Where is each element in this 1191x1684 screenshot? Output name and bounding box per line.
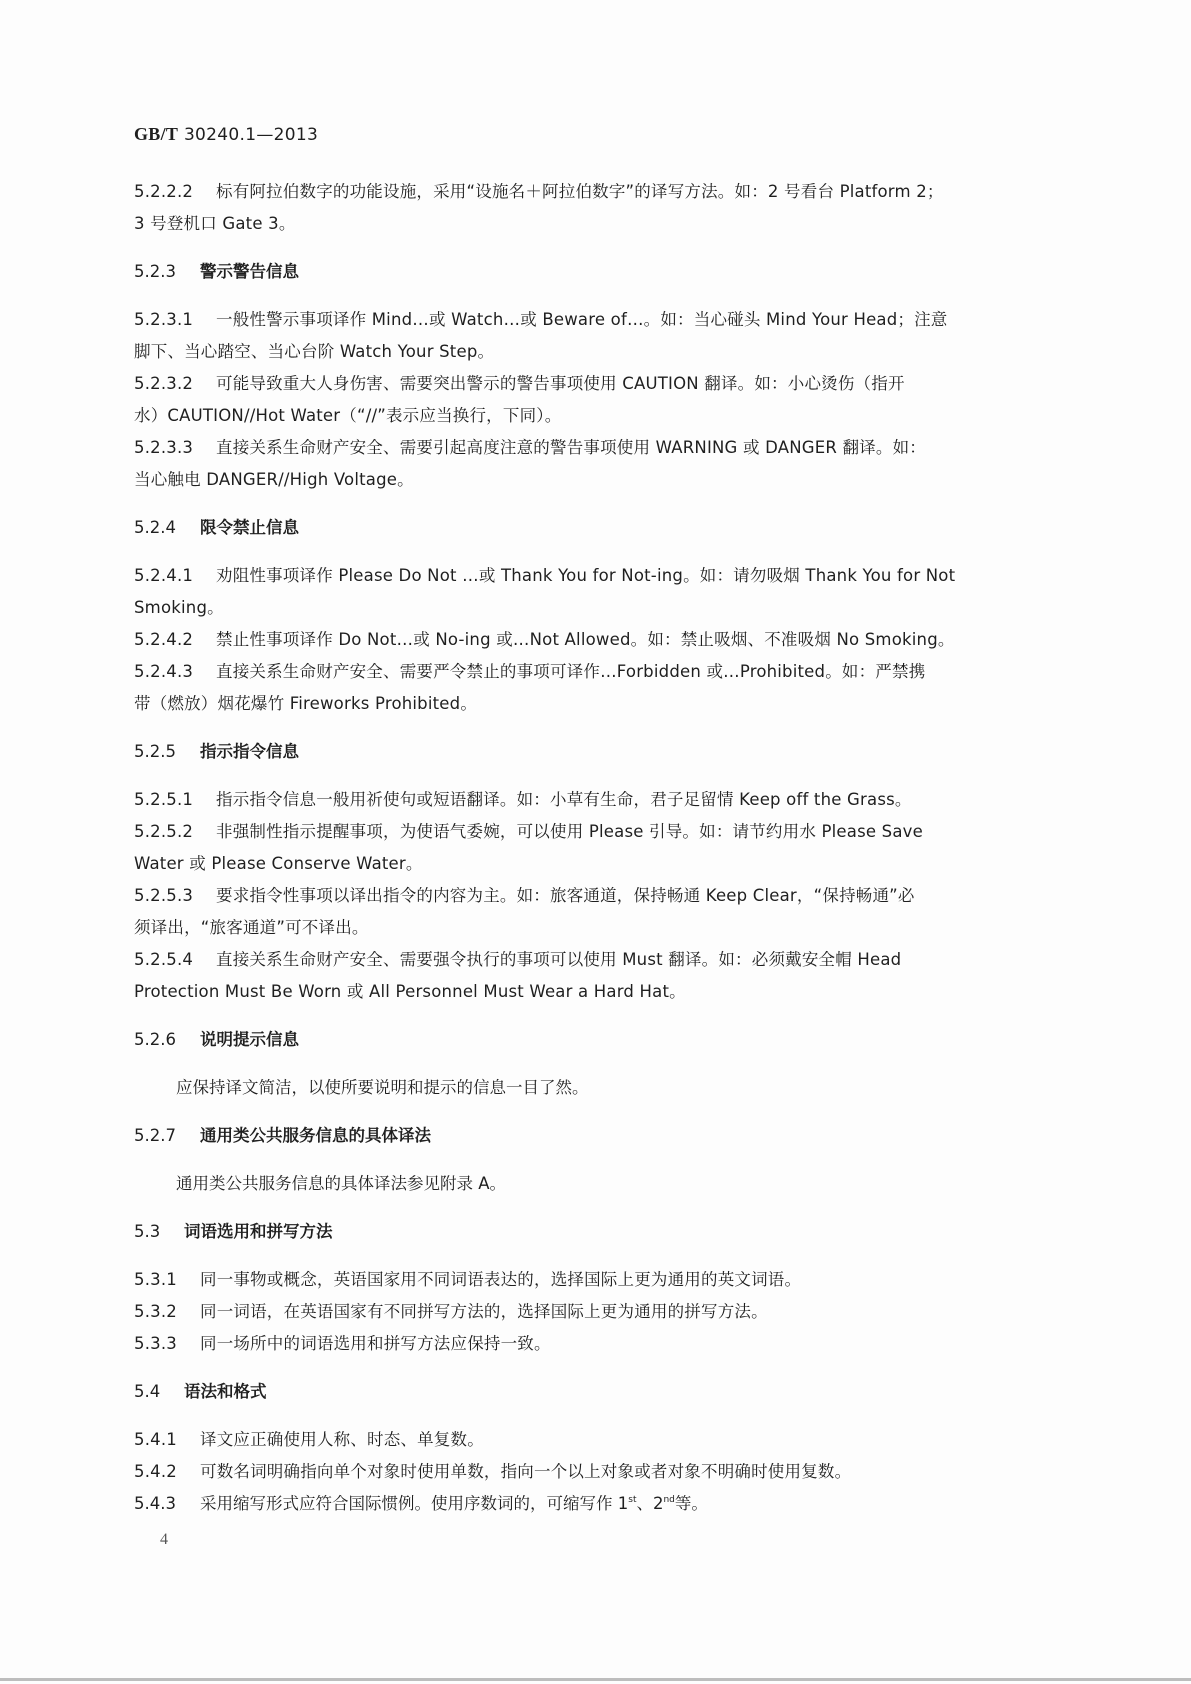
clause-text: 采用缩写形式应符合国际惯例。使用序数词的，可缩写作 1: [200, 1494, 628, 1513]
clause-text: 指示指令信息一般用祈使句或短语翻译。如：小草有生命，君子足留情 Keep off…: [216, 790, 912, 809]
clause-text: 同一场所中的词语选用和拼写方法应保持一致。: [200, 1334, 551, 1353]
clause: 5.2.5.1指示指令信息一般用祈使句或短语翻译。如：小草有生命，君子足留情 K…: [134, 784, 1058, 816]
clause-text: 要求指令性事项以译出指令的内容为主。如：旅客通道，保持畅通 Keep Clear…: [216, 886, 915, 905]
clause-text: 同一词语，在英语国家有不同拼写方法的，选择国际上更为通用的拼写方法。: [200, 1302, 768, 1321]
clause-first-line: 5.4.2可数名词明确指向单个对象时使用单数，指向一个以上对象或者对象不明确时使…: [134, 1456, 1058, 1488]
section-heading: 5.2.7通用类公共服务信息的具体译法: [134, 1120, 1058, 1152]
clause-number: 5.3.3: [134, 1328, 200, 1360]
clause-number: 5.3.2: [134, 1296, 200, 1328]
clause: 5.2.4.3直接关系生命财产安全、需要严令禁止的事项可译作…Forbidden…: [134, 656, 1058, 720]
clause-continuation-line: 当心触电 DANGER//High Voltage。: [134, 464, 1058, 496]
clause-continuation-line: 脚下、当心踏空、当心台阶 Watch Your Step。: [134, 336, 1058, 368]
standard-header: GB/T 30240.1—2013: [134, 124, 318, 145]
clause-number: 5.2.4.3: [134, 656, 216, 688]
clause-continuation-line: 3 号登机口 Gate 3。: [134, 208, 1058, 240]
clause: 5.2.5.4直接关系生命财产安全、需要强令执行的事项可以使用 Must 翻译。…: [134, 944, 1058, 1008]
clause: 5.2.5.2非强制性指示提醒事项，为使语气委婉，可以使用 Please 引导。…: [134, 816, 1058, 880]
body-paragraph: 应保持译文简洁，以使所要说明和提示的信息一目了然。: [134, 1072, 1058, 1104]
clause-number: 5.2.3.1: [134, 304, 216, 336]
clause-text: 直接关系生命财产安全、需要强令执行的事项可以使用 Must 翻译。如：必须戴安全…: [216, 950, 901, 969]
clause-first-line: 5.3.2同一词语，在英语国家有不同拼写方法的，选择国际上更为通用的拼写方法。: [134, 1296, 1058, 1328]
section-title: 词语选用和拼写方法: [184, 1222, 333, 1241]
clause-text: 译文应正确使用人称、时态、单复数。: [200, 1430, 484, 1449]
clause-text: 标有阿拉伯数字的功能设施，采用“设施名＋阿拉伯数字”的译写方法。如：2 号看台 …: [216, 182, 944, 201]
clause: 5.2.4.1劝阻性事项译作 Please Do Not …或 Thank Yo…: [134, 560, 1058, 624]
clause-first-line: 5.4.1译文应正确使用人称、时态、单复数。: [134, 1424, 1058, 1456]
clause-first-line: 5.2.4.3直接关系生命财产安全、需要严令禁止的事项可译作…Forbidden…: [134, 656, 1058, 688]
clause-first-line: 5.3.1同一事物或概念，英语国家用不同词语表达的，选择国际上更为通用的英文词语…: [134, 1264, 1058, 1296]
section-heading: 5.2.6说明提示信息: [134, 1024, 1058, 1056]
clause-number: 5.4.2: [134, 1456, 200, 1488]
clause: 5.2.5.3要求指令性事项以译出指令的内容为主。如：旅客通道，保持畅通 Kee…: [134, 880, 1058, 944]
section-heading: 5.2.5指示指令信息: [134, 736, 1058, 768]
page-number: 4: [160, 1531, 168, 1549]
section-heading: 5.3词语选用和拼写方法: [134, 1216, 1058, 1248]
clause-text: Smoking。: [134, 598, 224, 617]
section-heading: 5.2.3警示警告信息: [134, 256, 1058, 288]
clause-first-line: 5.2.4.1劝阻性事项译作 Please Do Not …或 Thank Yo…: [134, 560, 1058, 592]
standard-code: GB/T: [134, 124, 178, 144]
clause-number: 5.2.4.2: [134, 624, 216, 656]
section-number: 5.2.7: [134, 1120, 200, 1152]
page-bottom-edge: [0, 1678, 1191, 1681]
clause-continuation-line: Protection Must Be Worn 或 All Personnel …: [134, 976, 1058, 1008]
clause-text: 可数名词明确指向单个对象时使用单数，指向一个以上对象或者对象不明确时使用复数。: [200, 1462, 851, 1481]
section-number: 5.2.4: [134, 512, 200, 544]
clause-continuation-line: Water 或 Please Conserve Water。: [134, 848, 1058, 880]
clause-text: 禁止性事项译作 Do Not…或 No-ing 或…Not Allowed。如：…: [216, 630, 955, 649]
clause-text: 直接关系生命财产安全、需要引起高度注意的警告事项使用 WARNING 或 DAN…: [216, 438, 926, 457]
section-title: 限令禁止信息: [200, 518, 299, 537]
clause-number: 5.2.5.4: [134, 944, 216, 976]
clause-first-line: 5.2.4.2禁止性事项译作 Do Not…或 No-ing 或…Not All…: [134, 624, 1058, 656]
clause-number: 5.2.2.2: [134, 176, 216, 208]
clause: 5.2.3.3直接关系生命财产安全、需要引起高度注意的警告事项使用 WARNIN…: [134, 432, 1058, 496]
clause-number: 5.4.3: [134, 1488, 200, 1520]
document-page: GB/T 30240.1—2013 5.2.2.2标有阿拉伯数字的功能设施，采用…: [0, 0, 1191, 1681]
clause-text: 一般性警示事项译作 Mind…或 Watch…或 Beware of…。如：当心…: [216, 310, 948, 329]
clause-first-line: 5.2.3.1一般性警示事项译作 Mind…或 Watch…或 Beware o…: [134, 304, 1058, 336]
clause-first-line: 5.2.5.3要求指令性事项以译出指令的内容为主。如：旅客通道，保持畅通 Kee…: [134, 880, 1058, 912]
clause-text: 同一事物或概念，英语国家用不同词语表达的，选择国际上更为通用的英文词语。: [200, 1270, 801, 1289]
clause: 5.2.2.2标有阿拉伯数字的功能设施，采用“设施名＋阿拉伯数字”的译写方法。如…: [134, 176, 1058, 240]
section-number: 5.2.5: [134, 736, 200, 768]
clause-number: 5.2.3.2: [134, 368, 216, 400]
standard-number: 30240.1—2013: [184, 125, 318, 145]
section-number: 5.4: [134, 1376, 184, 1408]
section-number: 5.2.3: [134, 256, 200, 288]
clause-text: 直接关系生命财产安全、需要严令禁止的事项可译作…Forbidden 或…Proh…: [216, 662, 925, 681]
clause: 5.3.2同一词语，在英语国家有不同拼写方法的，选择国际上更为通用的拼写方法。: [134, 1296, 1058, 1328]
clause-number: 5.2.4.1: [134, 560, 216, 592]
ordinal-suffix: nd: [663, 1495, 674, 1505]
clause-text: Protection Must Be Worn 或 All Personnel …: [134, 982, 686, 1001]
clause-first-line: 5.2.5.2非强制性指示提醒事项，为使语气委婉，可以使用 Please 引导。…: [134, 816, 1058, 848]
clause-text: 须译出，“旅客通道”可不译出。: [134, 918, 369, 937]
section-title: 指示指令信息: [200, 742, 299, 761]
clause-first-line: 5.2.2.2标有阿拉伯数字的功能设施，采用“设施名＋阿拉伯数字”的译写方法。如…: [134, 176, 1058, 208]
clause: 5.4.2可数名词明确指向单个对象时使用单数，指向一个以上对象或者对象不明确时使…: [134, 1456, 1058, 1488]
clause-text: 水）CAUTION//Hot Water（“//”表示应当换行，下同）。: [134, 406, 561, 425]
clause-continuation-line: 水）CAUTION//Hot Water（“//”表示应当换行，下同）。: [134, 400, 1058, 432]
clause-first-line: 5.3.3同一场所中的词语选用和拼写方法应保持一致。: [134, 1328, 1058, 1360]
clause-text: 3 号登机口 Gate 3。: [134, 214, 296, 233]
clause-text: 劝阻性事项译作 Please Do Not …或 Thank You for N…: [216, 566, 955, 585]
clause-text: Water 或 Please Conserve Water。: [134, 854, 423, 873]
section-title: 通用类公共服务信息的具体译法: [200, 1126, 431, 1145]
section-number: 5.3: [134, 1216, 184, 1248]
clause-text: 、2: [636, 1494, 663, 1513]
clause-text: 等。: [675, 1494, 708, 1513]
clause-first-line: 5.2.3.3直接关系生命财产安全、需要引起高度注意的警告事项使用 WARNIN…: [134, 432, 1058, 464]
clause-continuation-line: Smoking。: [134, 592, 1058, 624]
clause: 5.3.1同一事物或概念，英语国家用不同词语表达的，选择国际上更为通用的英文词语…: [134, 1264, 1058, 1296]
clause-number: 5.2.3.3: [134, 432, 216, 464]
clause-continuation-line: 带（燃放）烟花爆竹 Fireworks Prohibited。: [134, 688, 1058, 720]
clause-continuation-line: 须译出，“旅客通道”可不译出。: [134, 912, 1058, 944]
clause-number: 5.3.1: [134, 1264, 200, 1296]
clause: 5.2.3.1一般性警示事项译作 Mind…或 Watch…或 Beware o…: [134, 304, 1058, 368]
clause: 5.2.3.2可能导致重大人身伤害、需要突出警示的警告事项使用 CAUTION …: [134, 368, 1058, 432]
section-title: 说明提示信息: [200, 1030, 299, 1049]
clause: 5.3.3同一场所中的词语选用和拼写方法应保持一致。: [134, 1328, 1058, 1360]
clause-first-line: 5.2.5.1指示指令信息一般用祈使句或短语翻译。如：小草有生命，君子足留情 K…: [134, 784, 1058, 816]
clause-first-line: 5.2.5.4直接关系生命财产安全、需要强令执行的事项可以使用 Must 翻译。…: [134, 944, 1058, 976]
body-paragraph: 通用类公共服务信息的具体译法参见附录 A。: [134, 1168, 1058, 1200]
clause-number: 5.2.5.1: [134, 784, 216, 816]
clause-first-line: 5.2.3.2可能导致重大人身伤害、需要突出警示的警告事项使用 CAUTION …: [134, 368, 1058, 400]
section-title: 警示警告信息: [200, 262, 299, 281]
clause-number: 5.2.5.3: [134, 880, 216, 912]
section-heading: 5.2.4限令禁止信息: [134, 512, 1058, 544]
clause: 5.4.1译文应正确使用人称、时态、单复数。: [134, 1424, 1058, 1456]
section-heading: 5.4语法和格式: [134, 1376, 1058, 1408]
clause-text: 可能导致重大人身伤害、需要突出警示的警告事项使用 CAUTION 翻译。如：小心…: [216, 374, 905, 393]
document-body: 5.2.2.2标有阿拉伯数字的功能设施，采用“设施名＋阿拉伯数字”的译写方法。如…: [134, 176, 1058, 1520]
clause-first-line: 5.4.3采用缩写形式应符合国际惯例。使用序数词的，可缩写作 1st、2nd等。: [134, 1488, 1058, 1520]
section-number: 5.2.6: [134, 1024, 200, 1056]
clause: 5.2.4.2禁止性事项译作 Do Not…或 No-ing 或…Not All…: [134, 624, 1058, 656]
clause-text: 带（燃放）烟花爆竹 Fireworks Prohibited。: [134, 694, 477, 713]
clause-text: 脚下、当心踏空、当心台阶 Watch Your Step。: [134, 342, 494, 361]
clause-text: 当心触电 DANGER//High Voltage。: [134, 470, 414, 489]
clause-number: 5.2.5.2: [134, 816, 216, 848]
clause-text: 非强制性指示提醒事项，为使语气委婉，可以使用 Please 引导。如：请节约用水…: [216, 822, 923, 841]
clause-number: 5.4.1: [134, 1424, 200, 1456]
section-title: 语法和格式: [184, 1382, 267, 1401]
